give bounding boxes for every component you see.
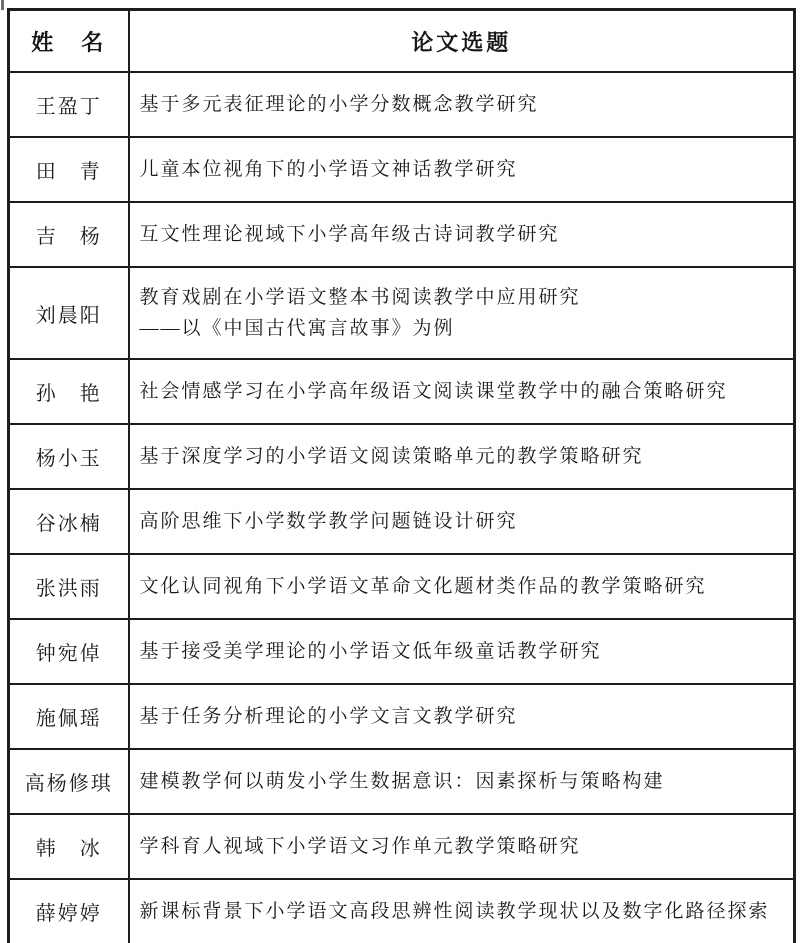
scan-artifact-mark (1, 0, 4, 10)
table-row: 钟宛倬 基于接受美学理论的小学语文低年级童话教学研究 (9, 619, 795, 684)
table-row: 高杨修琪 建模教学何以萌发小学生数据意识：因素探析与策略构建 (9, 749, 795, 814)
topic-cell: 基于多元表征理论的小学分数概念教学研究 (129, 72, 795, 137)
student-name-cell: 王盈丁 (9, 72, 129, 137)
name-column-header: 姓 名 (9, 10, 129, 73)
student-name-cell: 谷冰楠 (9, 489, 129, 554)
table-row: 田 青 儿童本位视角下的小学语文神话教学研究 (9, 137, 795, 202)
student-name-cell: 高杨修琪 (9, 749, 129, 814)
topic-cell: 文化认同视角下小学语文革命文化题材类作品的教学策略研究 (129, 554, 795, 619)
topic-text-line-1: 教育戏剧在小学语文整本书阅读教学中应用研究 (140, 282, 786, 313)
topic-cell: 建模教学何以萌发小学生数据意识：因素探析与策略构建 (129, 749, 795, 814)
topic-cell: 互文性理论视域下小学高年级古诗词教学研究 (129, 202, 795, 267)
topic-column-header: 论文选题 (129, 10, 795, 73)
table-row: 刘晨阳 教育戏剧在小学语文整本书阅读教学中应用研究 ——以《中国古代寓言故事》为… (9, 267, 795, 359)
topic-text-line-1: 新课标背景下小学语文高段思辨性阅读教学现状以及数字化路径探索 (140, 896, 786, 927)
student-name-cell: 杨小玉 (9, 424, 129, 489)
table-row: 张洪雨 文化认同视角下小学语文革命文化题材类作品的教学策略研究 (9, 554, 795, 619)
table-row: 施佩瑶 基于任务分析理论的小学文言文教学研究 (9, 684, 795, 749)
topic-text-line-2: ——以《中国古代寓言故事》为例 (140, 313, 786, 344)
topic-text-line-1: 社会情感学习在小学高年级语文阅读课堂教学中的融合策略研究 (140, 376, 786, 407)
table-row: 吉 杨 互文性理论视域下小学高年级古诗词教学研究 (9, 202, 795, 267)
topic-cell: 基于任务分析理论的小学文言文教学研究 (129, 684, 795, 749)
topic-text-line-1: 基于任务分析理论的小学文言文教学研究 (140, 701, 786, 732)
topic-text-line-1: 儿童本位视角下的小学语文神话教学研究 (140, 154, 786, 185)
topic-text-line-1: 学科育人视域下小学语文习作单元教学策略研究 (140, 831, 786, 862)
table-row: 韩 冰 学科育人视域下小学语文习作单元教学策略研究 (9, 814, 795, 879)
student-name-cell: 薛婷婷 (9, 879, 129, 943)
table-header-row: 姓 名 论文选题 (9, 10, 795, 73)
student-name-cell: 孙 艳 (9, 359, 129, 424)
thesis-topic-table: 姓 名 论文选题 王盈丁 基于多元表征理论的小学分数概念教学研究 田 青 儿童本… (7, 8, 796, 943)
student-name-cell: 韩 冰 (9, 814, 129, 879)
student-name-cell: 张洪雨 (9, 554, 129, 619)
topic-text-line-1: 基于多元表征理论的小学分数概念教学研究 (140, 89, 786, 120)
topic-cell: 基于深度学习的小学语文阅读策略单元的教学策略研究 (129, 424, 795, 489)
table-body: 王盈丁 基于多元表征理论的小学分数概念教学研究 田 青 儿童本位视角下的小学语文… (9, 72, 795, 943)
topic-text-line-1: 互文性理论视域下小学高年级古诗词教学研究 (140, 219, 786, 250)
topic-text-line-1: 基于接受美学理论的小学语文低年级童话教学研究 (140, 636, 786, 667)
topic-cell: 新课标背景下小学语文高段思辨性阅读教学现状以及数字化路径探索 (129, 879, 795, 943)
student-name-cell: 吉 杨 (9, 202, 129, 267)
topic-text-line-1: 高阶思维下小学数学教学问题链设计研究 (140, 506, 786, 537)
student-name-cell: 施佩瑶 (9, 684, 129, 749)
topic-cell: 基于接受美学理论的小学语文低年级童话教学研究 (129, 619, 795, 684)
student-name-cell: 钟宛倬 (9, 619, 129, 684)
topic-text-line-1: 建模教学何以萌发小学生数据意识：因素探析与策略构建 (140, 766, 786, 797)
topic-cell: 儿童本位视角下的小学语文神话教学研究 (129, 137, 795, 202)
header-row: 姓 名 论文选题 (9, 10, 795, 73)
table-row: 谷冰楠 高阶思维下小学数学教学问题链设计研究 (9, 489, 795, 554)
table-row: 杨小玉 基于深度学习的小学语文阅读策略单元的教学策略研究 (9, 424, 795, 489)
topic-cell: 高阶思维下小学数学教学问题链设计研究 (129, 489, 795, 554)
topic-text-line-1: 基于深度学习的小学语文阅读策略单元的教学策略研究 (140, 441, 786, 472)
document-page: 姓 名 论文选题 王盈丁 基于多元表征理论的小学分数概念教学研究 田 青 儿童本… (0, 0, 800, 943)
topic-cell: 学科育人视域下小学语文习作单元教学策略研究 (129, 814, 795, 879)
topic-cell: 社会情感学习在小学高年级语文阅读课堂教学中的融合策略研究 (129, 359, 795, 424)
table-row: 薛婷婷 新课标背景下小学语文高段思辨性阅读教学现状以及数字化路径探索 (9, 879, 795, 943)
topic-text-line-1: 文化认同视角下小学语文革命文化题材类作品的教学策略研究 (140, 571, 786, 602)
table-row: 孙 艳 社会情感学习在小学高年级语文阅读课堂教学中的融合策略研究 (9, 359, 795, 424)
student-name-cell: 刘晨阳 (9, 267, 129, 359)
student-name-cell: 田 青 (9, 137, 129, 202)
table-row: 王盈丁 基于多元表征理论的小学分数概念教学研究 (9, 72, 795, 137)
topic-cell: 教育戏剧在小学语文整本书阅读教学中应用研究 ——以《中国古代寓言故事》为例 (129, 267, 795, 359)
